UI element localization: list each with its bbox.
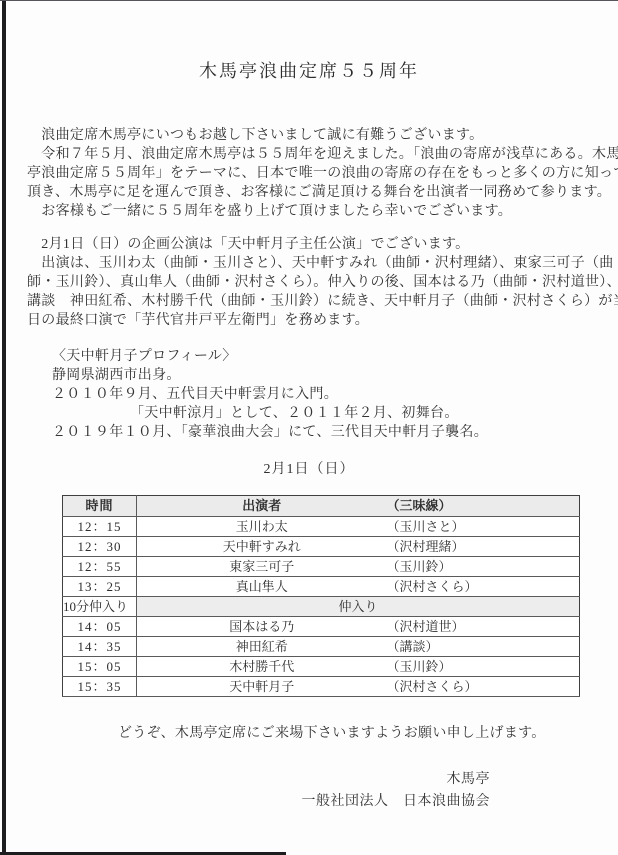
cell-shamisen: （玉川鈴） (387, 557, 580, 577)
text-line: 「天中軒涼月」として、２０１１年２月、初舞台。 (52, 404, 590, 423)
table-row: 15：05 木村勝千代 （玉川鈴） (63, 657, 580, 677)
cell-intermission-time: 10分仲入り (63, 597, 137, 617)
text-line: ２０１０年９月、五代目天中軒雲月に入門。 (52, 385, 590, 404)
text-line: 日の最終口演で「芋代官井戸平左衛門」を務めます。 (27, 311, 590, 330)
cell-time: 15：05 (63, 657, 137, 677)
cell-time: 12：15 (63, 517, 137, 537)
cell-time: 13：25 (63, 577, 137, 597)
column-header-time: 時間 (63, 496, 137, 517)
table-header-row: 時間 出演者 （三味線） (63, 496, 580, 517)
table-row: 12：15 玉川わ太 （玉川さと） (63, 517, 580, 537)
text-line: お客様もご一緒に５５周年を盛り上げて頂けましたら幸いでございます。 (27, 202, 590, 221)
text-line: 頂き、木馬亭に足を運んで頂き、お客様にご満足頂ける舞台を出演者一同務めて参ります… (27, 183, 590, 202)
cell-shamisen: （沢村さくら） (387, 677, 580, 697)
cell-shamisen: （沢村さくら） (387, 577, 580, 597)
cell-performer: 神田紅希 (137, 637, 387, 657)
text-line: 浪曲定席木馬亭にいつもお越し下さいまして誠に有難うございます。 (27, 126, 590, 145)
signature-venue: 木馬亭 (302, 769, 491, 791)
scanned-document-page: 木馬亭浪曲定席５５周年 浪曲定席木馬亭にいつもお越し下さいまして誠に有難うござい… (0, 0, 618, 855)
intermission-row: 10分仲入り 仲入り (63, 597, 580, 617)
column-header-shamisen: （三味線） (387, 496, 580, 517)
text-line: 講談 神田紅希、木村勝千代（曲師・玉川鈴）に続き、天中軒月子（曲師・沢村さくら）… (27, 292, 590, 311)
table-row: 15：35 天中軒月子 （沢村さくら） (63, 677, 580, 697)
cell-shamisen: （沢村道世） (387, 617, 580, 637)
profile-heading: 〈天中軒月子プロフィール〉 (52, 347, 590, 366)
text-line: 師・玉川鈴）、真山隼人（曲師・沢村さくら）。仲入りの後、国本はる乃（曲師・沢村道… (27, 273, 590, 292)
cell-performer: 玉川わ太 (137, 517, 387, 537)
cell-performer: 天中軒月子 (137, 677, 387, 697)
text-line: 静岡県湖西市出身。 (52, 366, 590, 385)
scan-top-line (0, 0, 618, 1)
table-row: 12：30 天中軒すみれ （沢村理緒） (63, 537, 580, 557)
signature-organization: 一般社団法人 日本浪曲協会 (302, 791, 491, 813)
cell-performer: 国本はる乃 (137, 617, 387, 637)
schedule-table-wrap: 時間 出演者 （三味線） 12：15 玉川わ太 （玉川さと） 12：30 天中軒… (62, 495, 580, 697)
table-row: 14：35 神田紅希 （講談） (63, 637, 580, 657)
column-header-performer: 出演者 (137, 496, 387, 517)
intro-paragraph: 浪曲定席木馬亭にいつもお越し下さいまして誠に有難うございます。 令和７年５月、浪… (27, 126, 590, 221)
closing-message: どうぞ、木馬亭定席にご来場下さいますようお願い申し上げます。 (0, 722, 618, 742)
signature-block: 木馬亭 一般社団法人 日本浪曲協会 (302, 769, 491, 813)
schedule-table: 時間 出演者 （三味線） 12：15 玉川わ太 （玉川さと） 12：30 天中軒… (62, 495, 580, 697)
cell-time: 12：55 (63, 557, 137, 577)
cell-performer: 天中軒すみれ (137, 537, 387, 557)
table-row: 14：05 国本はる乃 （沢村道世） (63, 617, 580, 637)
table-row: 12：55 東家三可子 （玉川鈴） (63, 557, 580, 577)
cell-shamisen: （講談） (387, 637, 580, 657)
cell-time: 15：35 (63, 677, 137, 697)
cell-performer: 東家三可子 (137, 557, 387, 577)
text-line: 2月1日（日）の企画公演は「天中軒月子主任公演」でございます。 (27, 235, 590, 254)
announcement-paragraph: 2月1日（日）の企画公演は「天中軒月子主任公演」でございます。 出演は、玉川わ太… (27, 235, 590, 330)
schedule-date-heading: 2月1日（日） (0, 458, 618, 478)
cell-time: 12：30 (63, 537, 137, 557)
cell-performer: 真山隼人 (137, 577, 387, 597)
cell-time: 14：05 (63, 617, 137, 637)
cell-shamisen: （玉川さと） (387, 517, 580, 537)
cell-performer: 木村勝千代 (137, 657, 387, 677)
text-line: 令和７年５月、浪曲定席木馬亭は５５周年を迎えました。「浪曲の寄席が浅草にある。木… (27, 145, 590, 164)
text-line: 亭浪曲定席５５周年」をテーマに、日本で唯一の浪曲の寄席の存在をもっと多くの方に知… (27, 164, 590, 183)
cell-shamisen: （沢村理緒） (387, 537, 580, 557)
cell-time: 14：35 (63, 637, 137, 657)
text-line: 出演は、玉川わ太（曲師・玉川さと）、天中軒すみれ（曲師・沢村理緒）、東家三可子（… (27, 254, 590, 273)
cell-intermission-label: 仲入り (137, 597, 580, 617)
page-title: 木馬亭浪曲定席５５周年 (0, 57, 618, 83)
text-line: ２０１９年１０月、「豪華浪曲大会」にて、三代目天中軒月子襲名。 (52, 423, 590, 442)
cell-shamisen: （玉川鈴） (387, 657, 580, 677)
table-row: 13：25 真山隼人 （沢村さくら） (63, 577, 580, 597)
performer-profile: 〈天中軒月子プロフィール〉 静岡県湖西市出身。 ２０１０年９月、五代目天中軒雲月… (52, 347, 590, 442)
